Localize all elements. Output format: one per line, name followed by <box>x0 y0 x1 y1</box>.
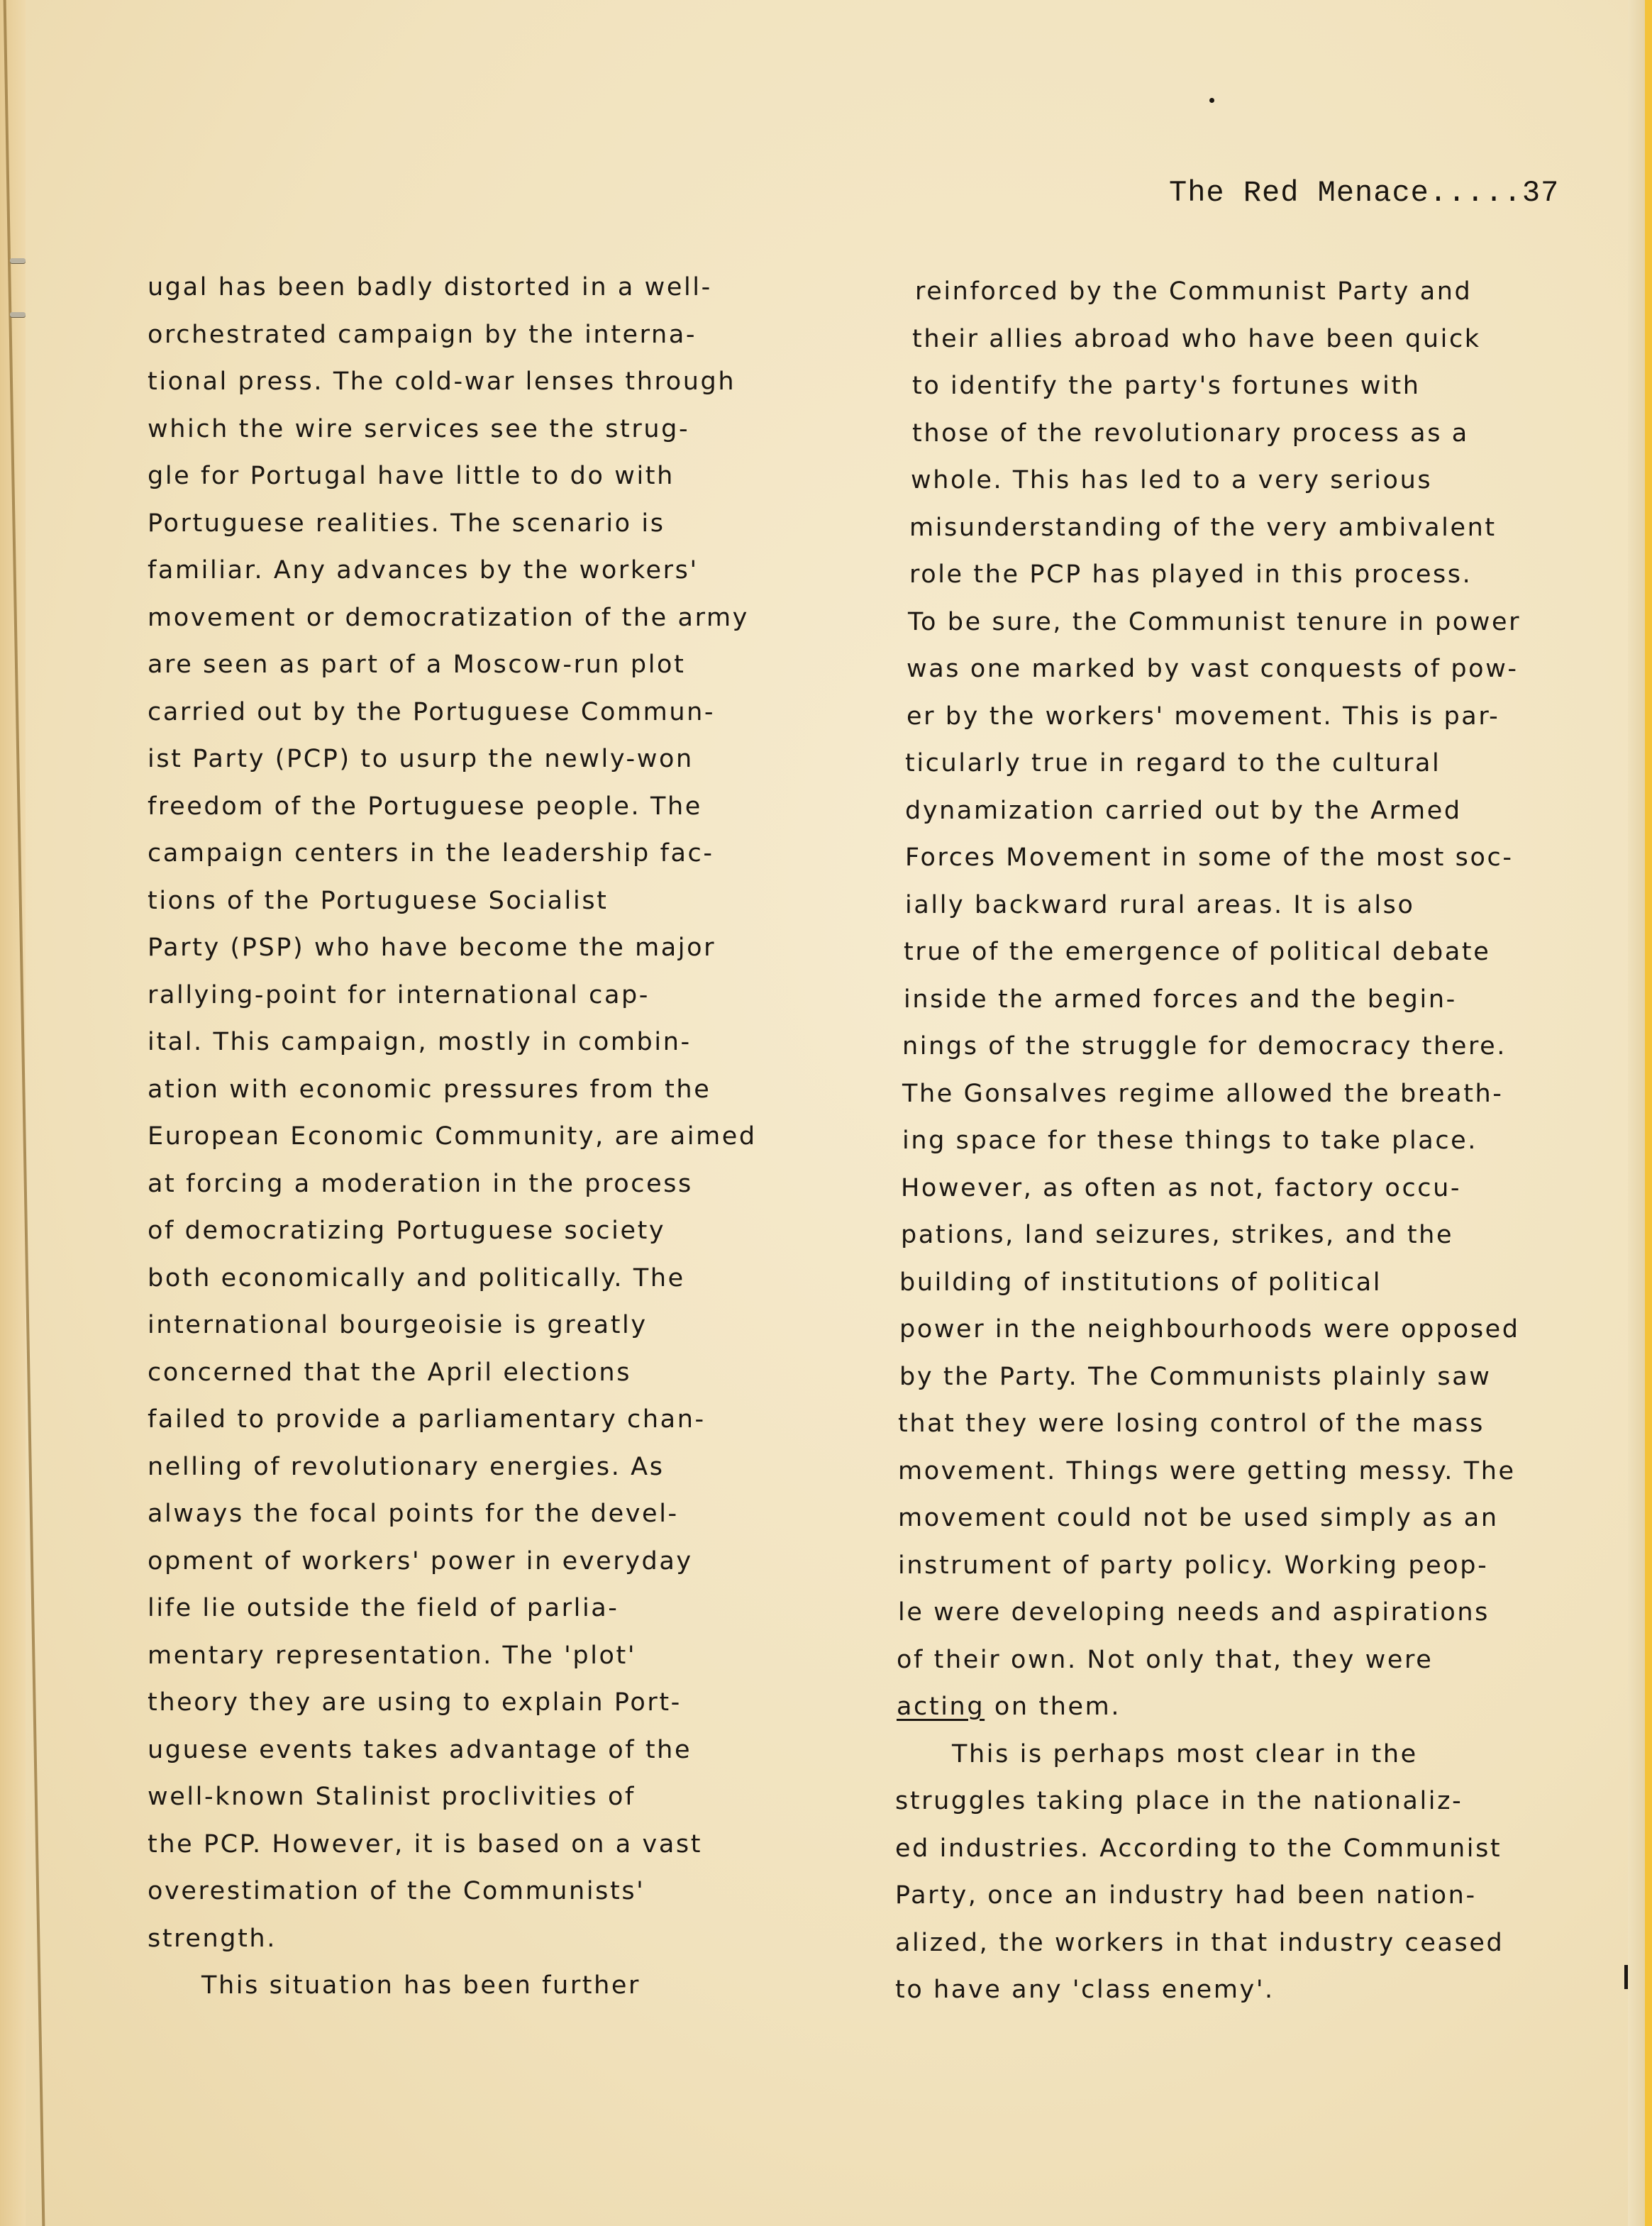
text-line: le were developing needs and aspirations <box>894 1589 1521 1637</box>
text-line: European Economic Community, are aimed <box>148 1113 757 1161</box>
margin-mark <box>1624 1965 1628 1989</box>
text-line: opment of workers' power in everyday <box>148 1538 757 1585</box>
binding-shadow <box>0 0 26 2226</box>
paragraph-start-line: This is perhaps most clear in the <box>894 1731 1521 1778</box>
staple-icon <box>10 312 26 317</box>
text-line: freedom of the Portuguese people. The <box>148 783 757 831</box>
text-fragment: on them. <box>985 1693 1121 1721</box>
text-line: uguese events takes advantage of the <box>148 1727 757 1774</box>
text-line: movement. Things were getting messy. The <box>894 1448 1521 1495</box>
text-line: gle for Portugal have little to do with <box>148 453 757 500</box>
text-line: Forces Movement in some of the most soc- <box>894 834 1521 882</box>
text-line: power in the neighbourhoods were opposed <box>894 1306 1521 1353</box>
text-line: misunderstanding of the very ambivalent <box>894 504 1521 552</box>
text-line: role the PCP has played in this process. <box>894 551 1521 599</box>
text-line: was one marked by vast conquests of pow- <box>894 646 1521 693</box>
text-line: that they were losing control of the mas… <box>894 1400 1521 1448</box>
text-line: instrument of party policy. Working peop… <box>894 1542 1521 1590</box>
text-line: which the wire services see the strug- <box>148 406 757 453</box>
ink-speck <box>1209 98 1214 103</box>
text-line: alized, the workers in that industry cea… <box>894 1920 1521 1967</box>
text-line: building of institutions of political <box>894 1259 1521 1307</box>
text-line: Portuguese realities. The scenario is <box>148 500 757 548</box>
text-line: ing space for these things to take place… <box>894 1117 1521 1165</box>
text-line: er by the workers' movement. This is par… <box>894 693 1521 741</box>
text-line: Party, once an industry had been nation- <box>894 1872 1521 1920</box>
text-line: ist Party (PCP) to usurp the newly-won <box>148 736 757 783</box>
text-line: at forcing a moderation in the process <box>148 1161 757 1208</box>
text-line: the PCP. However, it is based on a vast <box>148 1821 757 1868</box>
text-line: carried out by the Portuguese Commun- <box>148 689 757 736</box>
text-line: inside the armed forces and the begin- <box>894 976 1521 1024</box>
text-line: ation with economic pressures from the <box>148 1066 757 1114</box>
text-line: of democratizing Portuguese society <box>148 1207 757 1255</box>
text-line: orchestrated campaign by the interna- <box>148 311 757 359</box>
running-header: The Red Menace.....37 <box>1169 176 1559 210</box>
right-text-column: reinforced by the Communist Party and th… <box>894 268 1521 2014</box>
text-line: mentary representation. The 'plot' <box>148 1632 757 1680</box>
text-line: true of the emergence of political debat… <box>894 929 1521 976</box>
text-line: theory they are using to explain Port- <box>148 1679 757 1727</box>
text-line: Party (PSP) who have become the major <box>148 924 757 972</box>
text-line: dynamization carried out by the Armed <box>894 787 1521 835</box>
text-line: movement or democratization of the army <box>148 594 757 642</box>
text-line: to have any 'class enemy'. <box>894 1966 1521 2014</box>
text-line: ital. This campaign, mostly in combin- <box>148 1019 757 1066</box>
page-edge <box>1628 0 1645 2226</box>
text-line: ticularly true in regard to the cultural <box>894 740 1521 787</box>
text-line: The Gonsalves regime allowed the breath- <box>894 1070 1521 1118</box>
paragraph-start-line: This situation has been further <box>148 1962 757 2010</box>
text-line: struggles taking place in the nationaliz… <box>894 1778 1521 1825</box>
text-line: nings of the struggle for democracy ther… <box>894 1023 1521 1070</box>
text-line: of their own. Not only that, they were <box>894 1637 1521 1684</box>
text-line: international bourgeoisie is greatly <box>148 1302 757 1349</box>
text-line: those of the revolutionary process as a <box>894 410 1521 458</box>
text-line: both economically and politically. The <box>148 1255 757 1302</box>
text-line: tional press. The cold-war lenses throug… <box>148 358 757 406</box>
text-line: whole. This has led to a very serious <box>894 457 1521 504</box>
text-line: acting on them. <box>894 1683 1521 1731</box>
text-line: overestimation of the Communists' <box>148 1868 757 1915</box>
text-line: tions of the Portuguese Socialist <box>148 877 757 925</box>
text-line: always the focal points for the devel- <box>148 1490 757 1538</box>
text-line: However, as often as not, factory occu- <box>894 1165 1521 1212</box>
left-text-column: ugal has been badly distorted in a well-… <box>148 264 757 2010</box>
cover-edge-strip <box>1645 0 1652 2226</box>
text-line: concerned that the April elections <box>148 1349 757 1397</box>
text-line: movement could not be used simply as an <box>894 1495 1521 1542</box>
text-line: ed industries. According to the Communis… <box>894 1825 1521 1873</box>
text-line: are seen as part of a Moscow-run plot <box>148 641 757 689</box>
text-line: to identify the party's fortunes with <box>894 362 1521 410</box>
staple-icon <box>10 258 26 263</box>
text-line: nelling of revolutionary energies. As <box>148 1444 757 1491</box>
text-line: familiar. Any advances by the workers' <box>148 547 757 594</box>
text-line: rallying-point for international cap- <box>148 972 757 1019</box>
text-line: ugal has been badly distorted in a well- <box>148 264 757 311</box>
text-line: ially backward rural areas. It is also <box>894 882 1521 929</box>
text-line: pations, land seizures, strikes, and the <box>894 1212 1521 1259</box>
text-line: well-known Stalinist proclivities of <box>148 1773 757 1821</box>
text-line: To be sure, the Communist tenure in powe… <box>894 599 1521 646</box>
text-line: campaign centers in the leadership fac- <box>148 830 757 877</box>
text-line: by the Party. The Communists plainly saw <box>894 1353 1521 1401</box>
text-line: strength. <box>148 1915 757 1963</box>
text-line: failed to provide a parliamentary chan- <box>148 1396 757 1444</box>
text-line: life lie outside the field of parlia- <box>148 1585 757 1632</box>
text-line: their allies abroad who have been quick <box>894 316 1521 363</box>
underlined-emphasis: acting <box>897 1693 985 1721</box>
text-line: reinforced by the Communist Party and <box>894 268 1521 316</box>
